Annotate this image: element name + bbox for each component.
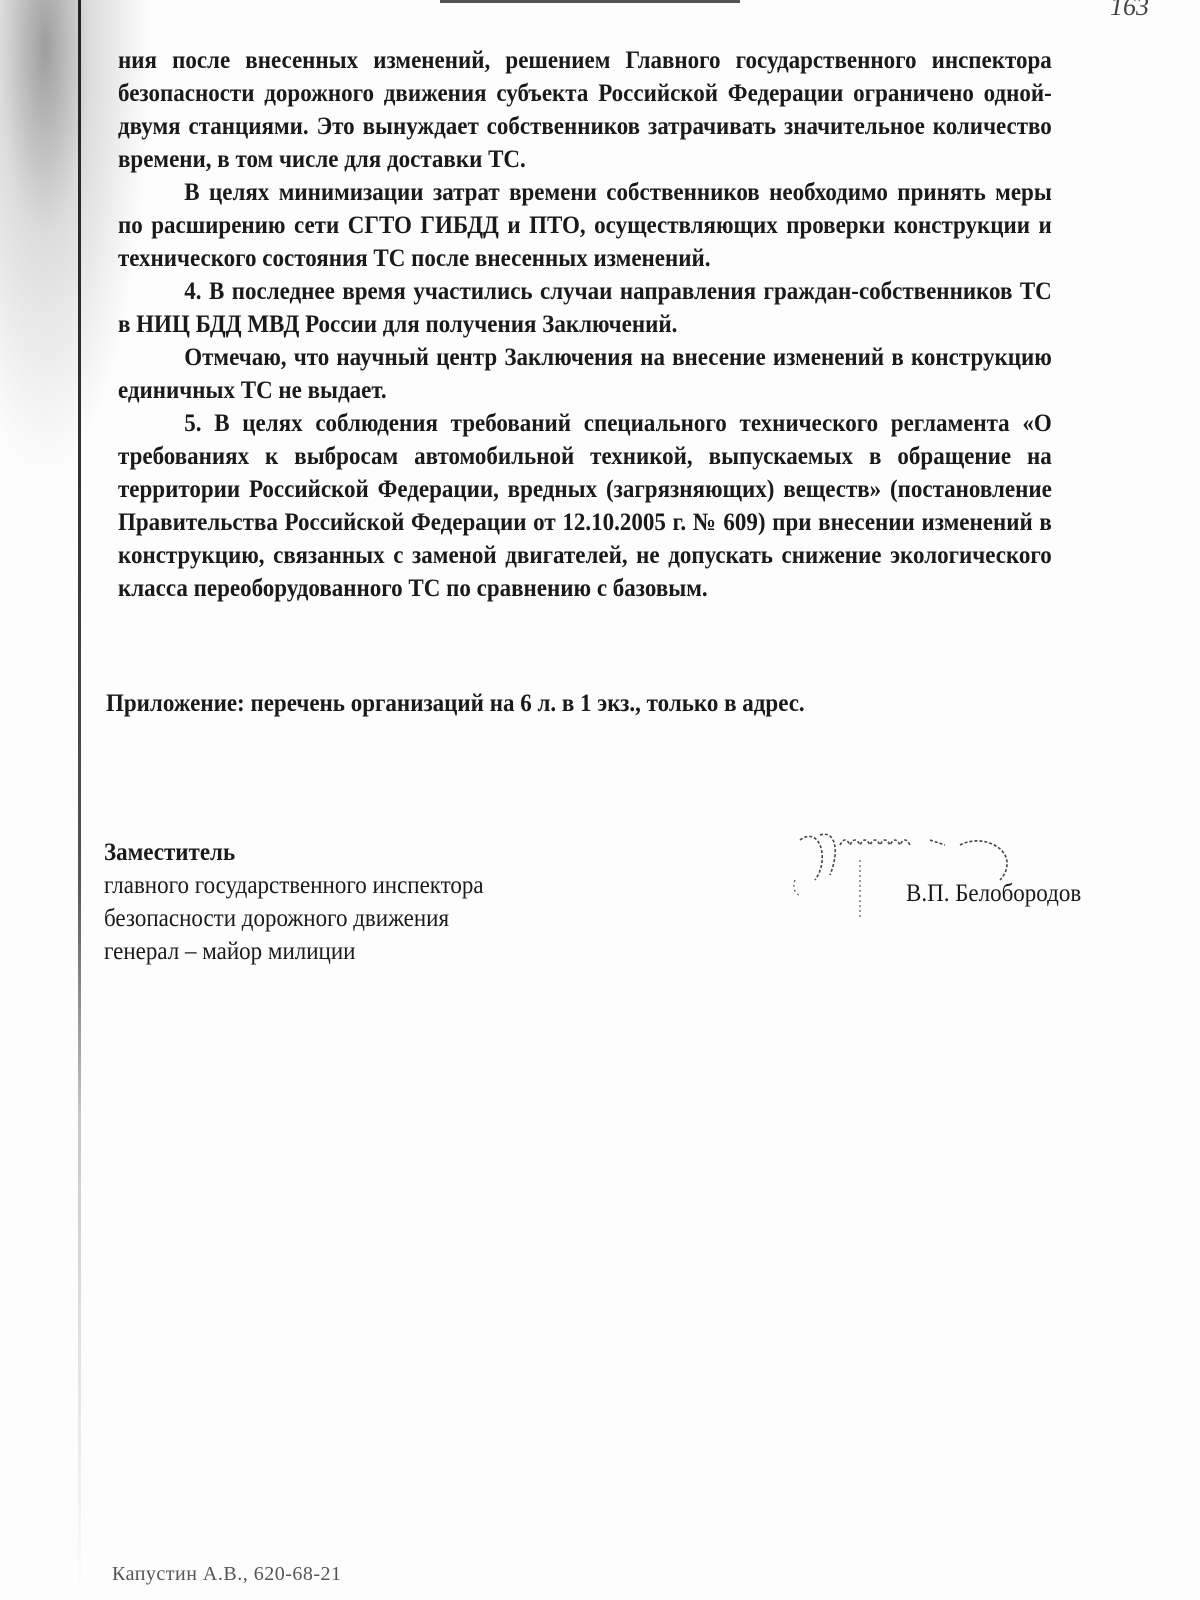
appendix-note: Приложение: перечень организаций на 6 л.… (106, 690, 805, 718)
scan-top-strip (440, 0, 740, 3)
signatory-title-line: генерал – майор милиции (104, 935, 484, 968)
paragraph: Отмечаю, что научный центр Заключения на… (118, 341, 1052, 407)
page-number: 163 (1110, 0, 1149, 22)
scan-binding-edge (78, 0, 81, 1600)
paragraph: В целях минимизации затрат времени собст… (118, 176, 1052, 275)
signatory-title-line: Заместитель (104, 836, 484, 869)
signatory-title: Заместитель главного государственного ин… (104, 836, 484, 968)
signatory-title-line: главного государственного инспектора (104, 869, 484, 902)
paragraph: ния после внесенных изменений, решением … (118, 44, 1052, 176)
paragraph-item-5: 5. В целях соблюдения требований специал… (118, 407, 1052, 605)
paragraph-item-4: 4. В последнее время участились случаи н… (118, 275, 1052, 341)
document-body: ния после внесенных изменений, решением … (118, 44, 1052, 605)
signatory-title-line: безопасности дорожного движения (104, 902, 484, 935)
executor-contact: Капустин А.В., 620-68-21 (112, 1563, 342, 1586)
signer-name: В.П. Белобородов (906, 880, 1081, 908)
handwritten-signature-icon (790, 820, 1050, 930)
